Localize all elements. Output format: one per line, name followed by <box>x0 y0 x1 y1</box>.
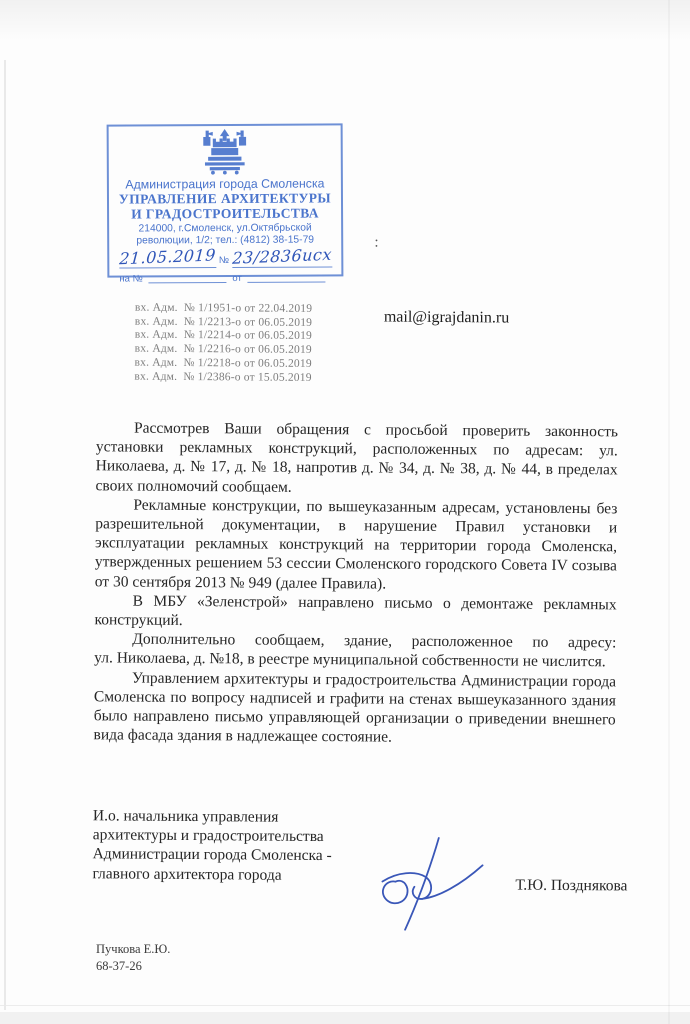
incoming-ref-line: вх. Адм. № 1/2386-о от 15.05.2019 <box>134 370 311 385</box>
body-paragraph: Рекламные конструкции, по вышеуказанным … <box>95 495 618 595</box>
recipient-email: mail@igrajdanin.ru <box>384 309 510 328</box>
body-paragraph: Управлением архитектуры и градостроитель… <box>94 668 617 749</box>
signer-position-line: главного архитектора города <box>92 864 331 885</box>
signer-position: И.о. начальника управленияархитектуры и … <box>92 806 332 885</box>
signer-position-line: Администрации города Смоленска - <box>93 845 332 866</box>
incoming-ref-line: вх. Адм. № 1/2214-о от 06.05.2019 <box>135 329 312 344</box>
body-line: вида фасада здания в надлежащее состояни… <box>94 726 616 749</box>
signer-position-line: И.о. начальника управления <box>93 806 332 827</box>
letter-body: Рассмотрев Ваши обращения с просьбой про… <box>94 418 619 749</box>
handwritten-signature-icon <box>375 833 486 934</box>
signer-name: Т.Ю. Позднякова <box>515 877 627 896</box>
incoming-refs-list: вх. Адм. № 1/1951-о от 22.04.2019вх. Адм… <box>134 302 312 386</box>
signer-position-line: архитектуры и градостроительства <box>93 825 332 846</box>
incoming-ref-line: вх. Адм. № 1/1951-о от 22.04.2019 <box>135 302 312 317</box>
body-paragraph: В МБУ «Зеленстрой» направлено письмо о д… <box>94 591 616 634</box>
incoming-ref-line: вх. Адм. № 1/2218-о от 06.05.2019 <box>134 356 311 371</box>
executor-footer: Пучкова Е.Ю. 68-37-26 <box>96 941 170 975</box>
incoming-ref-line: вх. Адм. № 1/2213-о от 06.05.2019 <box>135 315 312 330</box>
body-paragraph: Рассмотрев Ваши обращения с просьбой про… <box>95 418 618 499</box>
body-paragraph: Дополнительно сообщаем, здание, располож… <box>94 630 616 673</box>
letter-content: : mail@igrajdanin.ru вх. Адм. № 1/1951-о… <box>0 0 690 1024</box>
executor-name: Пучкова Е.Ю. <box>96 941 170 958</box>
incoming-ref-line: вх. Адм. № 1/2216-о от 06.05.2019 <box>135 343 312 358</box>
scanned-letter-page: Администрация города Смоленска УПРАВЛЕНИ… <box>0 0 690 1024</box>
executor-phone: 68-37-26 <box>96 958 170 975</box>
recipient-colon-mark: : <box>374 234 378 251</box>
